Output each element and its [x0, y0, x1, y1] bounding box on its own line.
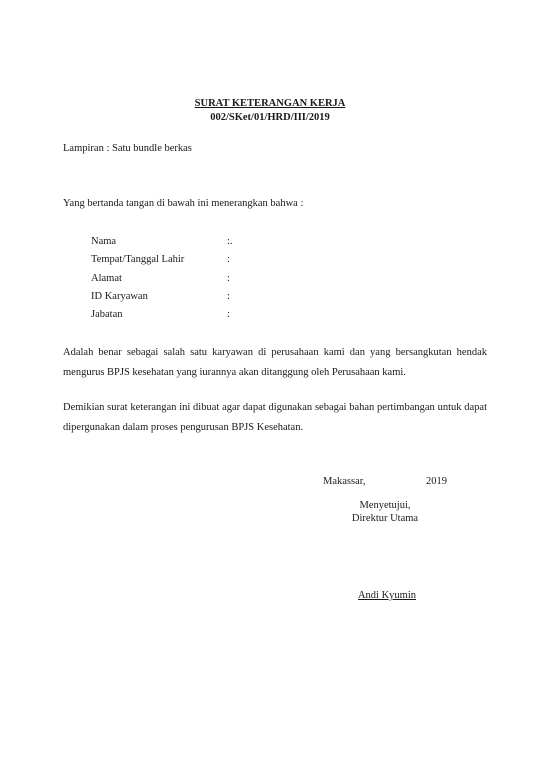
field-label: Alamat — [91, 273, 122, 284]
statement-paragraph: Adalah benar sebagai salah satu karyawan… — [63, 343, 487, 383]
field-separator: : — [227, 273, 230, 284]
field-label: Tempat/Tanggal Lahir — [91, 254, 184, 265]
document-number: 002/SKet/01/HRD/III/2019 — [0, 112, 540, 123]
field-row-nama: Nama :. — [91, 236, 291, 250]
field-label: ID Karyawan — [91, 291, 148, 302]
signer-name: Andi Kyumin — [0, 590, 550, 601]
closing-paragraph: Demikian surat keterangan ini dibuat aga… — [63, 398, 487, 438]
field-separator: : — [227, 309, 230, 320]
field-separator: :. — [227, 236, 233, 247]
signature-year: 2019 — [426, 476, 447, 487]
field-row-alamat: Alamat : — [91, 273, 291, 287]
field-row-id-karyawan: ID Karyawan : — [91, 291, 291, 305]
approval-label: Menyetujui, — [0, 500, 550, 511]
signer-role: Direktur Utama — [0, 513, 550, 524]
field-separator: : — [227, 291, 230, 302]
field-label: Jabatan — [91, 309, 123, 320]
intro-text: Yang bertanda tangan di bawah ini menera… — [63, 198, 303, 209]
field-row-tempat-tanggal-lahir: Tempat/Tanggal Lahir : — [91, 254, 291, 268]
field-separator: : — [227, 254, 230, 265]
field-label: Nama — [91, 236, 116, 247]
signature-city: Makassar, — [323, 476, 365, 487]
attachment-line: Lampiran : Satu bundle berkas — [63, 143, 192, 154]
document-page: SURAT KETERANGAN KERJA 002/SKet/01/HRD/I… — [0, 0, 550, 777]
field-row-jabatan: Jabatan : — [91, 309, 291, 323]
document-title: SURAT KETERANGAN KERJA — [0, 98, 540, 109]
